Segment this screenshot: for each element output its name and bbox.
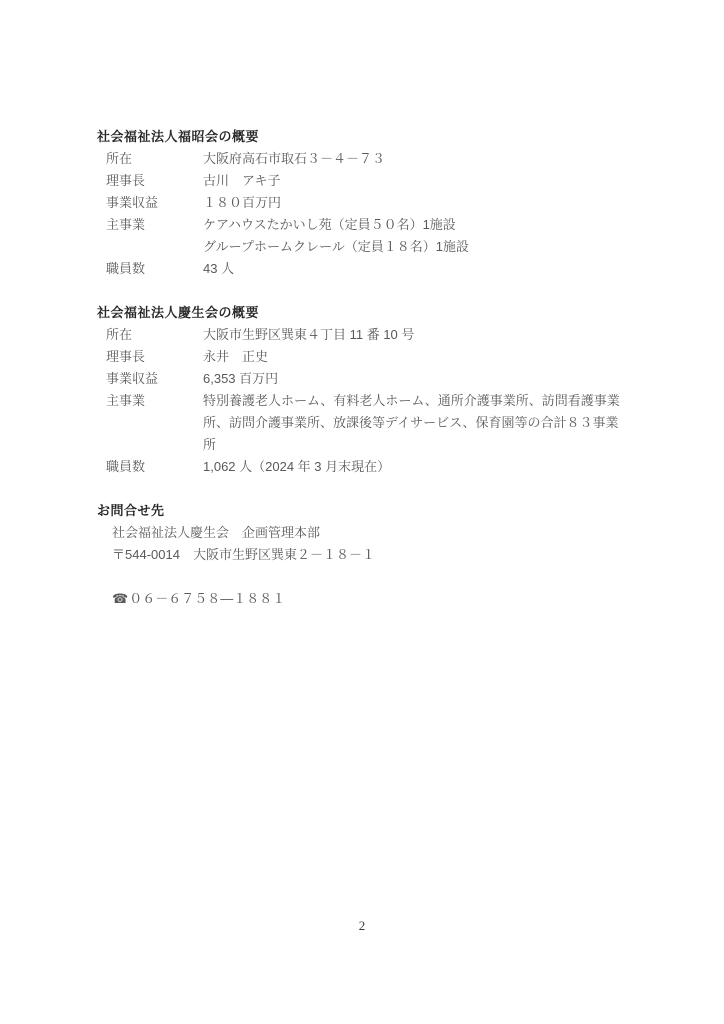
info-row-label: 理事長 [97,170,203,192]
info-row-label: 所在 [97,324,203,346]
info-row-value: 特別養護老人ホーム、有料老人ホーム、通所介護事業所、訪問看護事業 所、訪問介護事… [203,390,629,456]
info-row: 職員数 1,062 人（2024 年 3 月末現在） [97,456,629,478]
info-row-value: ケアハウスたかいし苑（定員５０名）1施設 グループホームクレール（定員１８名）1… [203,214,629,258]
contact-address: 〒544-0014 大阪市生野区巽東２－１８－１ [97,544,629,566]
info-row-label: 主事業 [97,214,203,236]
contact-phone-number: ０６－６７５８—１８８１ [129,591,285,606]
info-row-value: 永井 正史 [203,346,629,368]
info-row-label: 職員数 [97,258,203,280]
contact-heading: お問合せ先 [97,500,629,522]
info-row-label: 主事業 [97,390,203,412]
info-row-value: 大阪市生野区巽東４丁目 11 番 10 号 [203,324,629,346]
section-heading: 社会福祉法人慶生会の概要 [97,302,629,324]
document-content: 社会福祉法人福昭会の概要 所在 大阪府高石市取石３－４－７３ 理事長 古川 アキ… [97,126,629,632]
info-row-value: 6,353 百万円 [203,368,629,390]
info-row: 所在 大阪市生野区巽東４丁目 11 番 10 号 [97,324,629,346]
info-row: 事業収益 １８０百万円 [97,192,629,214]
info-row-label: 職員数 [97,456,203,478]
info-row-label: 所在 [97,148,203,170]
info-row: 事業収益 6,353 百万円 [97,368,629,390]
info-row-label: 理事長 [97,346,203,368]
section-fukushokai-overview: 社会福祉法人福昭会の概要 所在 大阪府高石市取石３－４－７３ 理事長 古川 アキ… [97,126,629,280]
section-heading: 社会福祉法人福昭会の概要 [97,126,629,148]
info-row-value: 1,062 人（2024 年 3 月末現在） [203,456,629,478]
phone-icon: ☎ [112,591,128,606]
info-row: 理事長 永井 正史 [97,346,629,368]
info-row-value: １８０百万円 [203,192,629,214]
info-row: 主事業 特別養護老人ホーム、有料老人ホーム、通所介護事業所、訪問看護事業 所、訪… [97,390,629,456]
info-row: 理事長 古川 アキ子 [97,170,629,192]
info-row-value: 古川 アキ子 [203,170,629,192]
contact-organization: 社会福祉法人慶生会 企画管理本部 [97,522,629,544]
section-contact: お問合せ先 社会福祉法人慶生会 企画管理本部 〒544-0014 大阪市生野区巽… [97,500,629,610]
info-row: 職員数 43 人 [97,258,629,280]
info-row-value: 大阪府高石市取石３－４－７３ [203,148,629,170]
info-row: 主事業 ケアハウスたかいし苑（定員５０名）1施設 グループホームクレール（定員１… [97,214,629,258]
info-row-label: 事業収益 [97,368,203,390]
info-row-label: 事業収益 [97,192,203,214]
info-row: 所在 大阪府高石市取石３－４－７３ [97,148,629,170]
document-page: 社会福祉法人福昭会の概要 所在 大阪府高石市取石３－４－７３ 理事長 古川 アキ… [0,0,724,1024]
contact-phone: ☎０６－６７５８—１８８１ [97,566,629,610]
page-number: 2 [0,917,724,935]
info-row-value: 43 人 [203,258,629,280]
section-keiseikai-overview: 社会福祉法人慶生会の概要 所在 大阪市生野区巽東４丁目 11 番 10 号 理事… [97,302,629,478]
